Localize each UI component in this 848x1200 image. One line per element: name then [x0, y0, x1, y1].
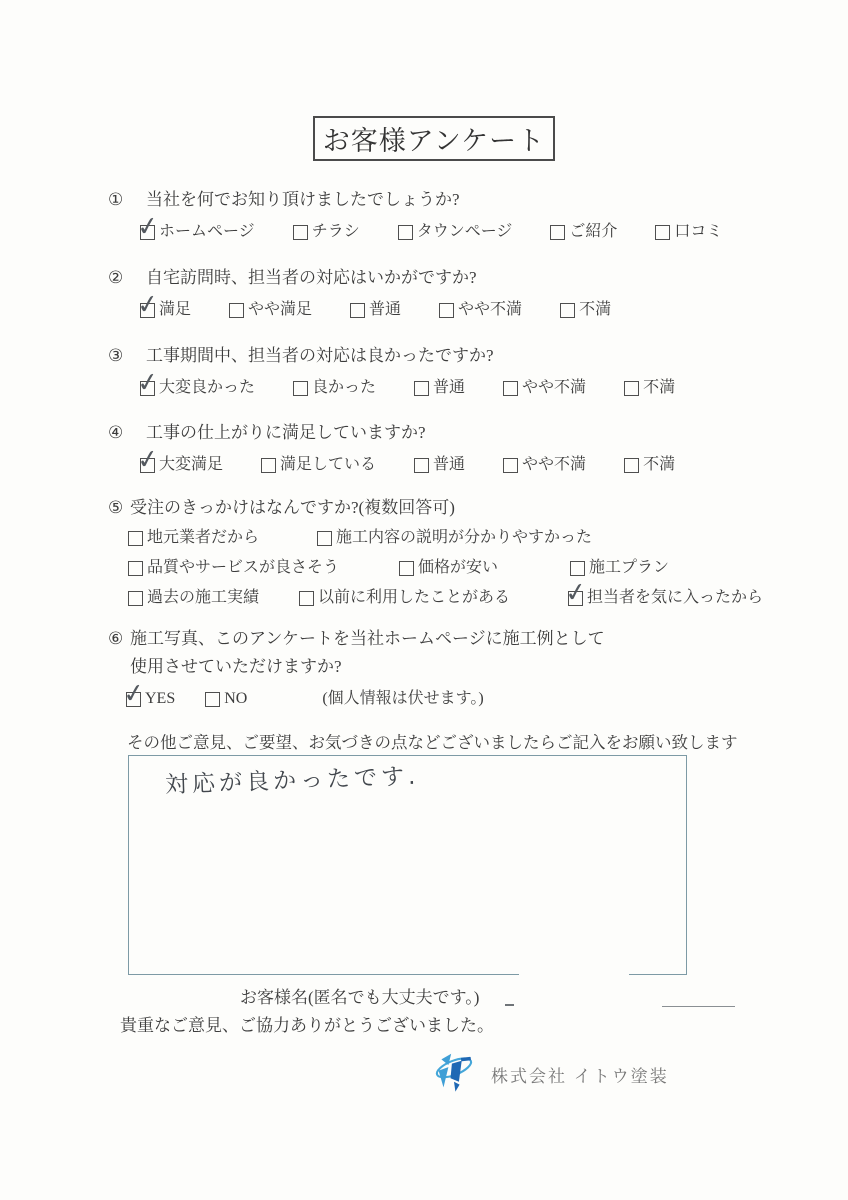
checkbox[interactable]: ✓	[414, 381, 429, 396]
option-good-quality-service: ✓ 品質やサービスが良さそう	[128, 556, 339, 580]
option-somewhat-dissatisfied: ✓ やや不満	[503, 376, 586, 400]
option-very-satisfied: ✓ 大変満足	[140, 453, 223, 477]
option-label: 普通	[433, 453, 465, 477]
checkbox[interactable]: ✓	[570, 561, 585, 576]
option-flyer: ✓ チラシ	[293, 220, 360, 244]
option-label: チラシ	[312, 220, 360, 244]
option-referral: ✓ ご紹介	[550, 220, 617, 244]
checkbox[interactable]: ✓	[128, 561, 143, 576]
check-icon: ✓	[135, 212, 160, 241]
option-label: 不満	[579, 298, 611, 322]
check-icon: ✓	[135, 445, 160, 474]
check-icon: ✓	[135, 290, 160, 319]
option-yes: ✓ YES	[126, 687, 175, 711]
option-normal: ✓ 普通	[414, 453, 465, 477]
option-label: 施工内容の説明が分かりやすかった	[336, 526, 592, 550]
scan-gap	[519, 972, 629, 977]
checkbox[interactable]: ✓	[261, 458, 276, 473]
option-dissatisfied: ✓ 不満	[624, 453, 675, 477]
question-5: ⑤ 受注のきっかけはなんですか?(複数回答可) ✓ 地元業者だから ✓ 施工内容…	[108, 496, 818, 610]
option-label: 担当者を気に入ったから	[587, 586, 763, 610]
page-title-text: お客様アンケート	[323, 119, 545, 158]
company-name: 株式会社 イトウ塗装	[491, 1062, 669, 1087]
signature-line[interactable]	[662, 1006, 735, 1007]
option-good: ✓ 良かった	[293, 376, 376, 400]
thanks-text: 貴重なご意見、ご協力ありがとうございました。	[120, 1011, 494, 1036]
question-text: 受注のきっかけはなんですか?(複数回答可)	[130, 496, 455, 520]
checkbox[interactable]: ✓	[439, 303, 454, 318]
option-label: 施工プラン	[589, 556, 669, 580]
checkbox[interactable]: ✓	[293, 225, 308, 240]
checkbox[interactable]: ✓	[205, 692, 220, 707]
option-local-company: ✓ 地元業者だから	[128, 526, 259, 550]
option-satisfied: ✓ 満足している	[261, 453, 376, 477]
option-label: 満足	[159, 298, 191, 322]
check-icon: ✓	[563, 578, 588, 607]
option-label: YES	[145, 687, 175, 711]
option-label: やや不満	[522, 376, 586, 400]
checkbox[interactable]: ✓	[568, 591, 583, 606]
option-label: ホームページ	[159, 220, 255, 244]
option-low-price: ✓ 価格が安い	[399, 556, 498, 580]
option-dissatisfied: ✓ 不満	[624, 376, 675, 400]
question-number: ⑤	[108, 496, 130, 520]
checkbox[interactable]: ✓	[126, 692, 141, 707]
option-dissatisfied: ✓ 不満	[560, 298, 611, 322]
option-label: 地元業者だから	[147, 526, 259, 550]
option-label: 普通	[433, 376, 465, 400]
question-number: ②	[108, 266, 146, 290]
option-label: 不満	[643, 453, 675, 477]
option-townpage: ✓ タウンページ	[398, 220, 513, 244]
checkbox[interactable]: ✓	[399, 561, 414, 576]
checkbox[interactable]: ✓	[624, 381, 639, 396]
question-number: ⑥	[108, 627, 130, 651]
customer-name-label: お客様名(匿名でも大丈夫です。)	[240, 983, 479, 1008]
option-label: ご紹介	[569, 220, 617, 244]
option-word-of-mouth: ✓ 口コミ	[655, 220, 722, 244]
option-label: やや不満	[458, 298, 522, 322]
option-label: タウンページ	[417, 220, 513, 244]
checkbox[interactable]: ✓	[299, 591, 314, 606]
option-used-before: ✓ 以前に利用したことがある	[299, 586, 510, 610]
comment-prompt: その他ご意見、ご要望、お気づきの点などございましたらご記入をお願い致します	[127, 729, 738, 753]
option-label: 価格が安い	[418, 556, 498, 580]
question-2: ② 自宅訪問時、担当者の対応はいかがですか? ✓ 満足 ✓ やや満足 ✓ 普通 …	[108, 266, 818, 322]
checkbox[interactable]: ✓	[624, 458, 639, 473]
option-label: やや不満	[522, 453, 586, 477]
option-past-record: ✓ 過去の施工実績	[128, 586, 259, 610]
checkbox[interactable]: ✓	[317, 531, 332, 546]
option-liked-staff: ✓ 担当者を気に入ったから	[568, 586, 763, 610]
checkbox[interactable]: ✓	[128, 531, 143, 546]
option-somewhat-dissatisfied: ✓ やや不満	[503, 453, 586, 477]
check-icon: ✓	[135, 368, 160, 397]
option-construction-plan: ✓ 施工プラン	[570, 556, 669, 580]
option-homepage: ✓ ホームページ	[140, 220, 255, 244]
option-label: 品質やサービスが良さそう	[147, 556, 339, 580]
checkbox[interactable]: ✓	[560, 303, 575, 318]
option-normal: ✓ 普通	[414, 376, 465, 400]
checkbox[interactable]: ✓	[293, 381, 308, 396]
question-number: ③	[108, 344, 146, 368]
option-label: 不満	[643, 376, 675, 400]
underscore-mark	[505, 1004, 514, 1006]
question-text: 工事期間中、担当者の対応は良かったですか?	[146, 344, 494, 368]
question-number: ④	[108, 421, 146, 445]
checkbox[interactable]: ✓	[398, 225, 413, 240]
option-label: 普通	[369, 298, 401, 322]
checkbox[interactable]: ✓	[140, 303, 155, 318]
check-icon: ✓	[121, 679, 146, 708]
question-4: ④ 工事の仕上がりに満足していますか? ✓ 大変満足 ✓ 満足している ✓ 普通…	[108, 421, 818, 477]
option-label: 満足している	[280, 453, 376, 477]
handwritten-comment: 対応が良かったです.	[165, 758, 420, 800]
question-text: 工事の仕上がりに満足していますか?	[146, 421, 426, 445]
option-very-good: ✓ 大変良かった	[140, 376, 255, 400]
checkbox[interactable]: ✓	[140, 225, 155, 240]
checkbox[interactable]: ✓	[550, 225, 565, 240]
checkbox[interactable]: ✓	[503, 381, 518, 396]
checkbox[interactable]: ✓	[503, 458, 518, 473]
page-title: お客様アンケート	[313, 116, 555, 161]
option-clear-explanation: ✓ 施工内容の説明が分かりやすかった	[317, 526, 592, 550]
checkbox[interactable]: ✓	[350, 303, 365, 318]
comment-box[interactable]: 対応が良かったです.	[128, 755, 687, 975]
option-label: 良かった	[312, 376, 376, 400]
checkbox[interactable]: ✓	[140, 381, 155, 396]
option-normal: ✓ 普通	[350, 298, 401, 322]
option-somewhat-satisfied: ✓ やや満足	[229, 298, 312, 322]
option-satisfied: ✓ 満足	[140, 298, 191, 322]
question-text-line1: 施工写真、このアンケートを当社ホームページに施工例として	[130, 627, 605, 651]
question-1: ① 当社を何でお知り頂けましたでしょうか? ✓ ホームページ ✓ チラシ ✓ タ…	[108, 188, 818, 244]
checkbox[interactable]: ✓	[655, 225, 670, 240]
option-somewhat-dissatisfied: ✓ やや不満	[439, 298, 522, 322]
survey-page: お客様アンケート ① 当社を何でお知り頂けましたでしょうか? ✓ ホームページ …	[0, 0, 848, 1200]
option-label: 口コミ	[674, 220, 722, 244]
company-block: 株式会社 イトウ塗装	[433, 1048, 669, 1101]
option-no: ✓ NO	[205, 687, 247, 711]
option-label: 大変満足	[159, 453, 223, 477]
checkbox[interactable]: ✓	[229, 303, 244, 318]
checkbox[interactable]: ✓	[414, 458, 429, 473]
option-label: 大変良かった	[159, 376, 255, 400]
checkbox[interactable]: ✓	[128, 591, 143, 606]
question-6: ⑥ 施工写真、このアンケートを当社ホームページに施工例として 使用させていただけ…	[108, 627, 818, 711]
question-text: 当社を何でお知り頂けましたでしょうか?	[146, 188, 460, 212]
question-text-line2: 使用させていただけますか?	[130, 655, 818, 679]
question-text: 自宅訪問時、担当者の対応はいかがですか?	[146, 266, 477, 290]
option-label: NO	[224, 687, 247, 711]
question-3: ③ 工事期間中、担当者の対応は良かったですか? ✓ 大変良かった ✓ 良かった …	[108, 344, 818, 400]
privacy-note: (個人情報は伏せます。)	[322, 687, 483, 711]
question-number: ①	[108, 188, 146, 212]
option-label: 過去の施工実績	[147, 586, 259, 610]
checkbox[interactable]: ✓	[140, 458, 155, 473]
option-label: 以前に利用したことがある	[318, 586, 510, 610]
option-label: やや満足	[248, 298, 312, 322]
company-logo-icon	[433, 1048, 475, 1101]
